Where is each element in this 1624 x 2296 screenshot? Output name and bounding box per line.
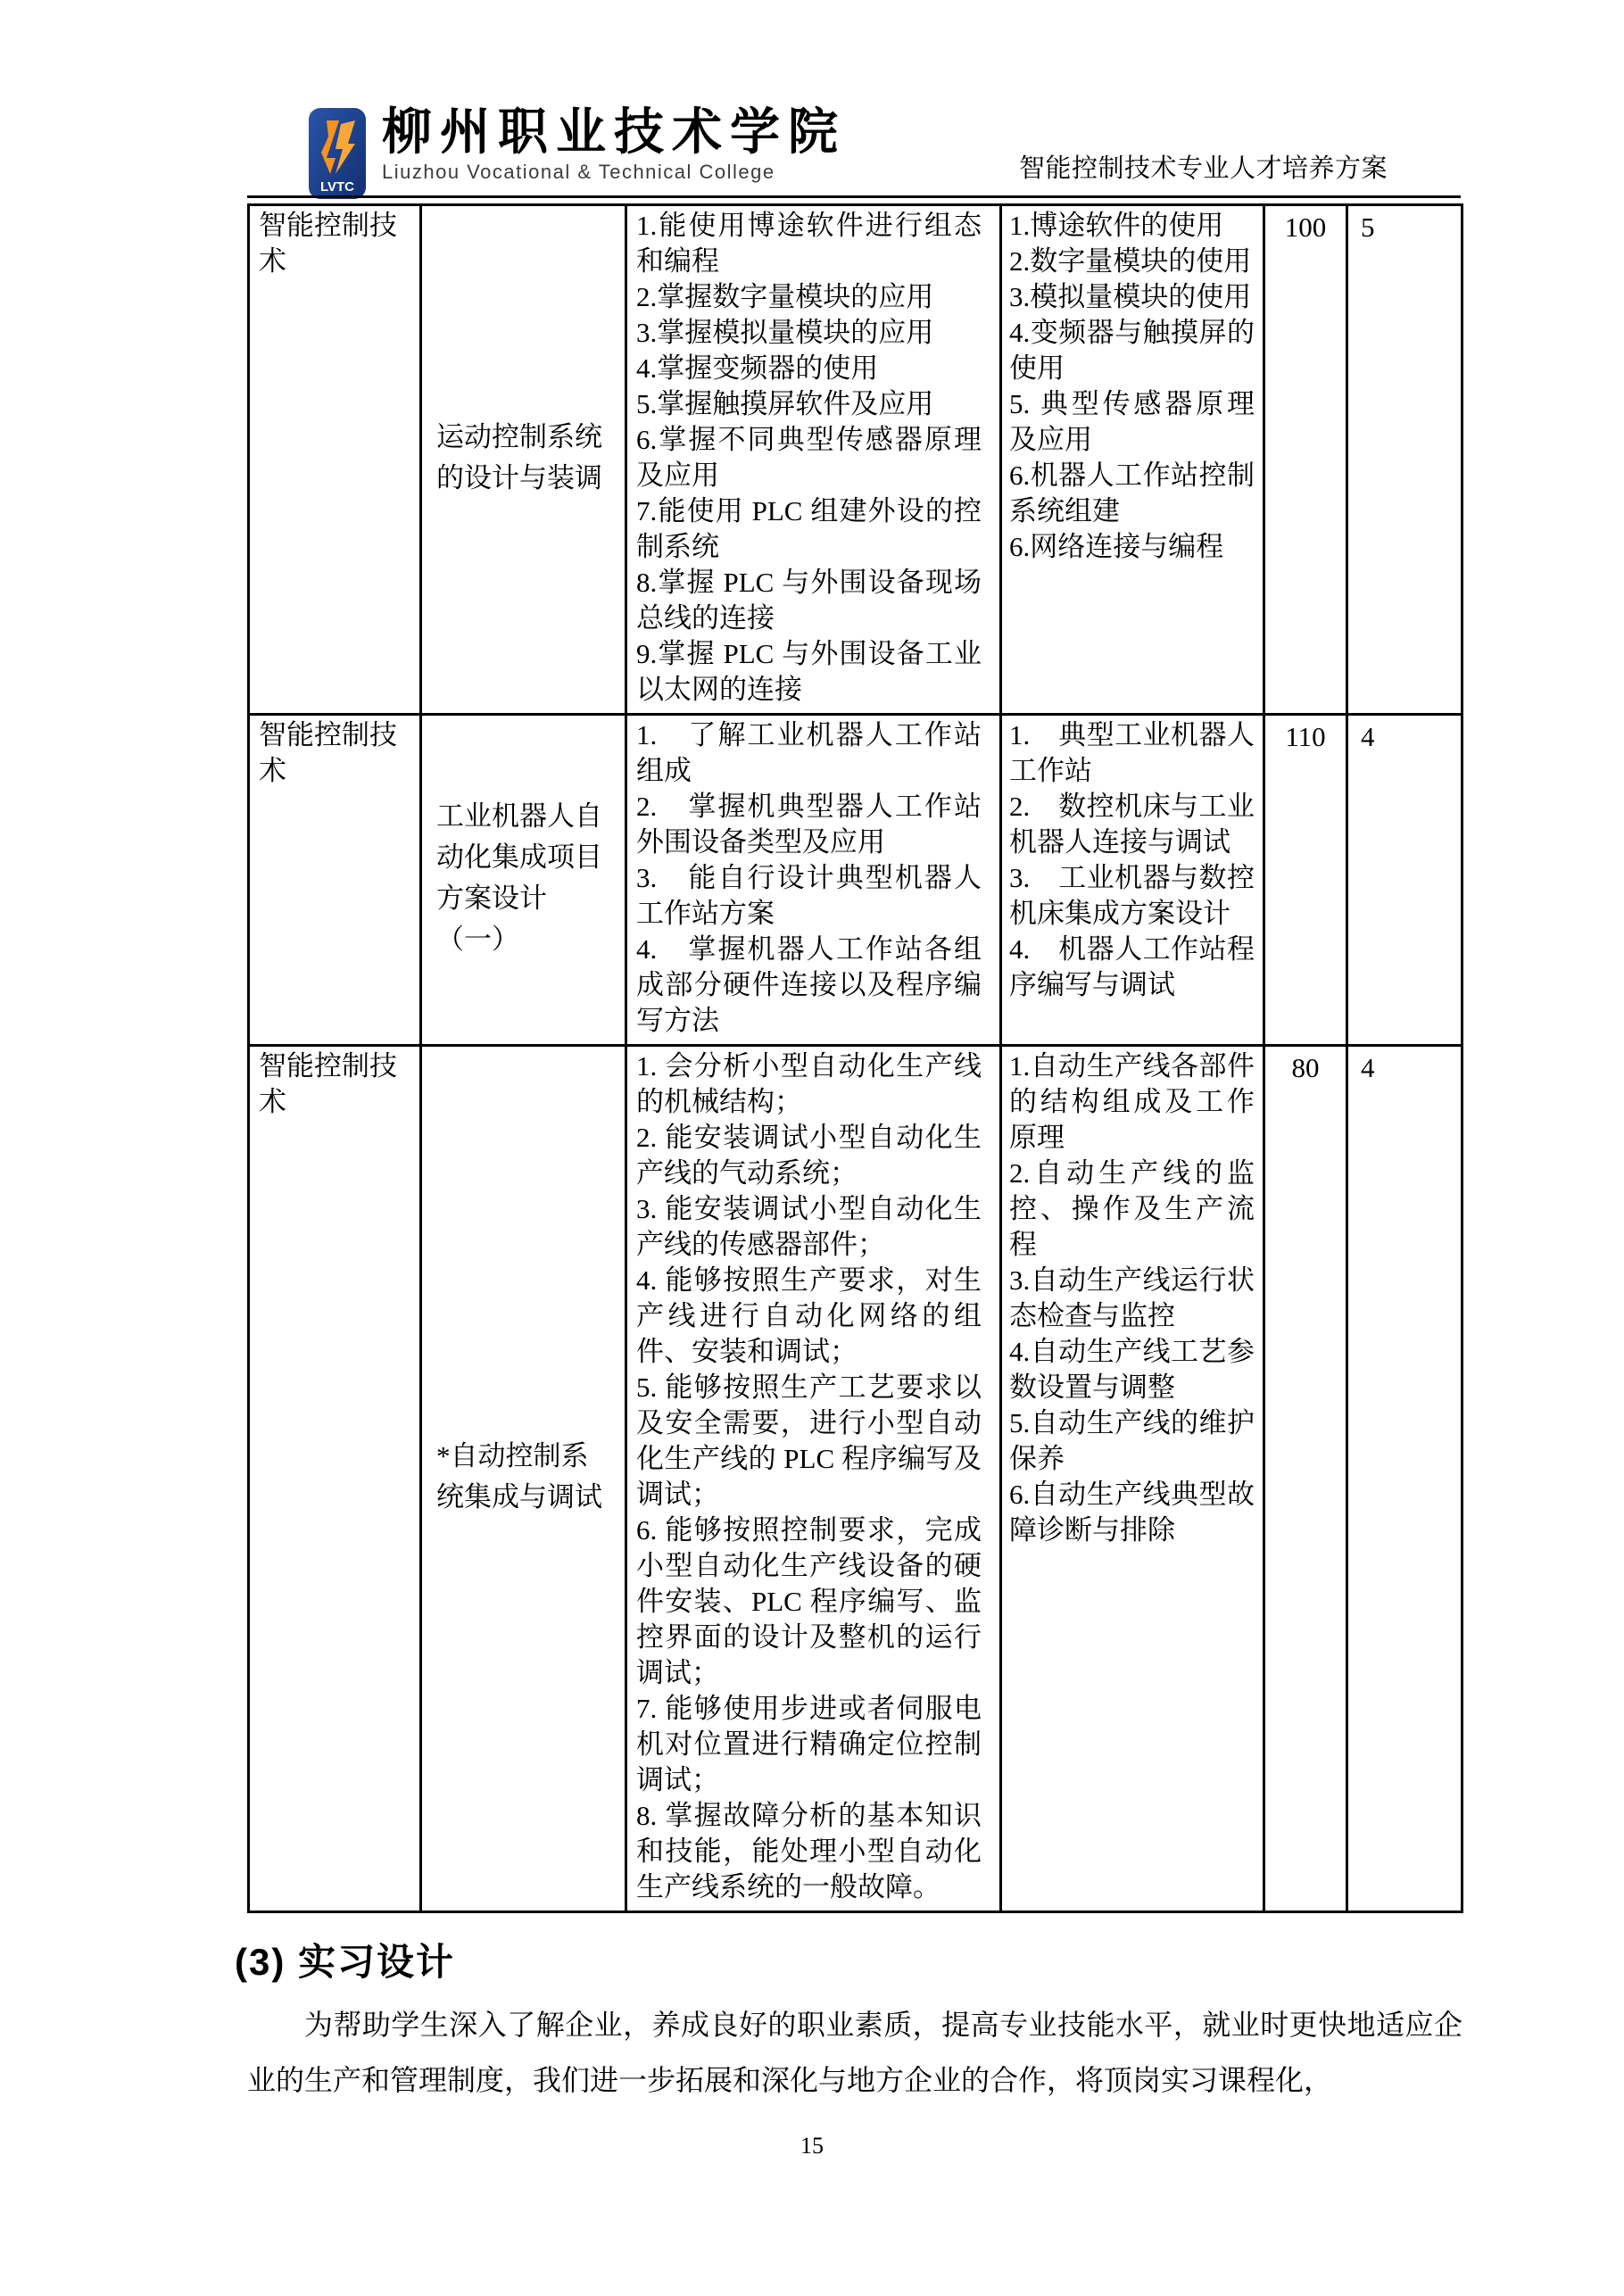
list-item: 9.掌握 PLC 与外围设备工业以太网的连接: [636, 636, 982, 708]
list-item: 3. 能安装调试小型自动化生产线的传感器部件；: [636, 1191, 982, 1263]
list-item: 2. 数控机床与工业机器人连接与调试: [1009, 789, 1255, 860]
list-item: 2.掌握数字量模块的应用: [636, 279, 982, 315]
curriculum-table-wrap: 智能控制技 术 运动控制系统 的设计与装调 1.能使用博途软件进行组态和编程2.…: [247, 203, 1461, 1913]
list-item: 3.模拟量模块的使用: [1009, 279, 1255, 315]
list-item: 6.自动生产线典型故障诊断与排除: [1009, 1477, 1255, 1548]
college-name-en: Liuzhou Vocational & Technical College: [382, 161, 846, 184]
hours-cell: 80: [1264, 1046, 1347, 1912]
curriculum-table: 智能控制技 术 运动控制系统 的设计与装调 1.能使用博途软件进行组态和编程2.…: [247, 203, 1463, 1913]
course-cell: 运动控制系统 的设计与装调: [421, 205, 626, 715]
list-item: 6.网络连接与编程: [1009, 529, 1255, 565]
list-item: 1. 会分析小型自动化生产线的机械结构；: [636, 1049, 982, 1120]
list-item: 6. 能够按照控制要求，完成小型自动化生产线设备的硬件安装、PLC 程序编写、监…: [636, 1513, 982, 1691]
contents-cell: 1. 典型工业机器人工作站2. 数控机床与工业机器人连接与调试3. 工业机器与数…: [1001, 715, 1264, 1046]
list-item: 8. 掌握故障分析的基本知识和技能，能处理小型自动化生产线系统的一般故障。: [636, 1798, 982, 1905]
page-number: 15: [0, 2133, 1624, 2159]
list-item: 4. 能够按照生产要求，对生产线进行自动化网络的组件、安装和调试；: [636, 1263, 982, 1370]
list-item: 2. 能安装调试小型自动化生产线的气动系统；: [636, 1120, 982, 1191]
section-heading: (3) 实习设计: [235, 1933, 455, 1986]
lvtc-logo-icon: LVTC: [309, 108, 366, 199]
list-item: 3.掌握模拟量模块的应用: [636, 315, 982, 351]
list-item: 1. 了解工业机器人工作站组成: [636, 717, 982, 789]
list-item: 3. 能自行设计典型机器人工作站方案: [636, 860, 982, 932]
major-cell: 智能控制技 术: [249, 1046, 421, 1912]
section-paragraph: 为帮助学生深入了解企业，养成良好的职业素质，提高专业技能水平，就业时更快地适应企…: [247, 1997, 1462, 2108]
contents-cell: 1.自动生产线各部件的结构组成及工作原理2.自动生产线的监控、操作及生产流程3.…: [1001, 1046, 1264, 1912]
logo-abbr-text: LVTC: [320, 179, 354, 195]
skills-cell: 1. 了解工业机器人工作站组成2. 掌握机典型器人工作站外围设备类型及应用3. …: [626, 715, 1001, 1046]
list-item: 5. 典型传感器原理及应用: [1009, 386, 1255, 458]
course-cell: *自动控制系 统集成与调试: [421, 1046, 626, 1912]
list-item: 1. 典型工业机器人工作站: [1009, 717, 1255, 789]
credits-cell: 5: [1347, 205, 1462, 715]
course-cell: 工业机器人自 动化集成项目 方案设计 （一）: [421, 715, 626, 1046]
table-row: 智能控制技 术 工业机器人自 动化集成项目 方案设计 （一） 1. 了解工业机器…: [249, 715, 1462, 1046]
header-divider: [247, 195, 1461, 198]
list-item: 2. 掌握机典型器人工作站外围设备类型及应用: [636, 789, 982, 860]
list-item: 1.能使用博途软件进行组态和编程: [636, 208, 982, 279]
credits-cell: 4: [1347, 715, 1462, 1046]
credits-cell: 4: [1347, 1046, 1462, 1912]
document-page: LVTC 柳州职业技术学院 Liuzhou Vocational & Techn…: [0, 0, 1624, 2296]
list-item: 5. 能够按照生产工艺要求以及安全需要，进行小型自动化生产线的 PLC 程序编写…: [636, 1370, 982, 1513]
list-item: 1.自动生产线各部件的结构组成及工作原理: [1009, 1049, 1255, 1156]
list-item: 4. 机器人工作站程序编写与调试: [1009, 932, 1255, 1003]
list-item: 7. 能够使用步进或者伺服电机对位置进行精确定位控制调试；: [636, 1691, 982, 1798]
table-row: 智能控制技 术 *自动控制系 统集成与调试 1. 会分析小型自动化生产线的机械结…: [249, 1046, 1462, 1912]
list-item: 1.博途软件的使用: [1009, 208, 1255, 244]
major-cell: 智能控制技 术: [249, 715, 421, 1046]
document-title: 智能控制技术专业人才培养方案: [1019, 148, 1388, 185]
list-item: 4.掌握变频器的使用: [636, 351, 982, 386]
college-name-block: 柳州职业技术学院 Liuzhou Vocational & Technical …: [382, 107, 846, 184]
table-row: 智能控制技 术 运动控制系统 的设计与装调 1.能使用博途软件进行组态和编程2.…: [249, 205, 1462, 715]
list-item: 5.自动生产线的维护保养: [1009, 1405, 1255, 1477]
hours-cell: 110: [1264, 715, 1347, 1046]
list-item: 7.能使用 PLC 组建外设的控制系统: [636, 493, 982, 565]
list-item: 2.数字量模块的使用: [1009, 244, 1255, 279]
list-item: 5.掌握触摸屏软件及应用: [636, 386, 982, 422]
hours-cell: 100: [1264, 205, 1347, 715]
contents-cell: 1.博途软件的使用2.数字量模块的使用3.模拟量模块的使用4.变频器与触摸屏的使…: [1001, 205, 1264, 715]
list-item: 2.自动生产线的监控、操作及生产流程: [1009, 1156, 1255, 1263]
list-item: 3.自动生产线运行状态检查与监控: [1009, 1263, 1255, 1334]
list-item: 4. 掌握机器人工作站各组成部分硬件连接以及程序编写方法: [636, 932, 982, 1039]
college-logo: LVTC: [309, 108, 366, 199]
list-item: 4.变频器与触摸屏的使用: [1009, 315, 1255, 386]
list-item: 8.掌握 PLC 与外围设备现场总线的连接: [636, 565, 982, 636]
list-item: 4.自动生产线工艺参数设置与调整: [1009, 1334, 1255, 1405]
list-item: 3. 工业机器与数控机床集成方案设计: [1009, 860, 1255, 932]
skills-cell: 1.能使用博途软件进行组态和编程2.掌握数字量模块的应用3.掌握模拟量模块的应用…: [626, 205, 1001, 715]
major-cell: 智能控制技 术: [249, 205, 421, 715]
list-item: 6.机器人工作站控制系统组建: [1009, 458, 1255, 529]
skills-cell: 1. 会分析小型自动化生产线的机械结构；2. 能安装调试小型自动化生产线的气动系…: [626, 1046, 1001, 1912]
college-name-cn: 柳州职业技术学院: [382, 107, 846, 159]
list-item: 6.掌握不同典型传感器原理及应用: [636, 422, 982, 493]
